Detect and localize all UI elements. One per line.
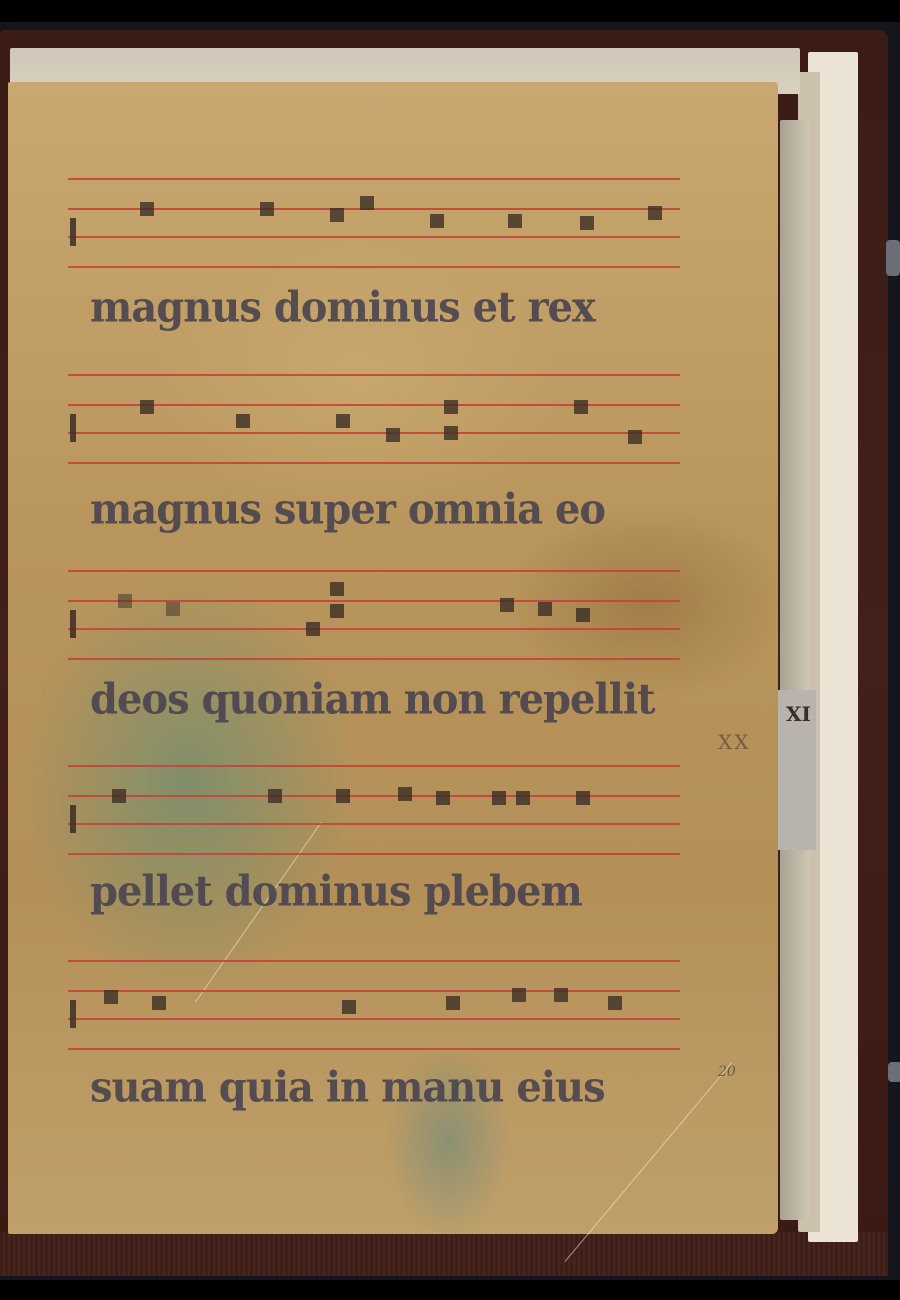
lyric-line-1: magnus dominus et rex: [90, 283, 595, 332]
clef-icon: [70, 414, 76, 442]
lyric-line-4: pellet dominus plebem: [90, 867, 582, 916]
clef-icon: [70, 805, 76, 833]
folio-roman-numeral: XX: [718, 730, 750, 754]
clasp-icon: [886, 240, 900, 276]
manuscript-page: magnus dominus et rex magnus super omnia…: [8, 82, 778, 1234]
tab-roman-numeral: XI: [786, 702, 811, 726]
flyleaf-parchment-edge: [780, 120, 810, 1220]
clef-icon: [70, 1000, 76, 1028]
music-staff-3: [68, 570, 680, 660]
lyric-line-2: magnus super omnia eo: [90, 485, 605, 534]
pencil-folio-number: 20: [718, 1064, 736, 1080]
music-staff-2: [68, 374, 680, 464]
lyric-line-5: suam quia in manu eius: [90, 1063, 605, 1112]
music-staff-5: [68, 960, 680, 1050]
clef-icon: [70, 610, 76, 638]
music-staff-4: [68, 765, 680, 855]
clef-icon: [70, 218, 76, 246]
binding-bottom-edge: [0, 1232, 888, 1276]
lyric-line-3: deos quoniam non repellit: [90, 675, 655, 724]
clasp-lower-icon: [888, 1062, 900, 1082]
music-staff-1: [68, 178, 680, 268]
